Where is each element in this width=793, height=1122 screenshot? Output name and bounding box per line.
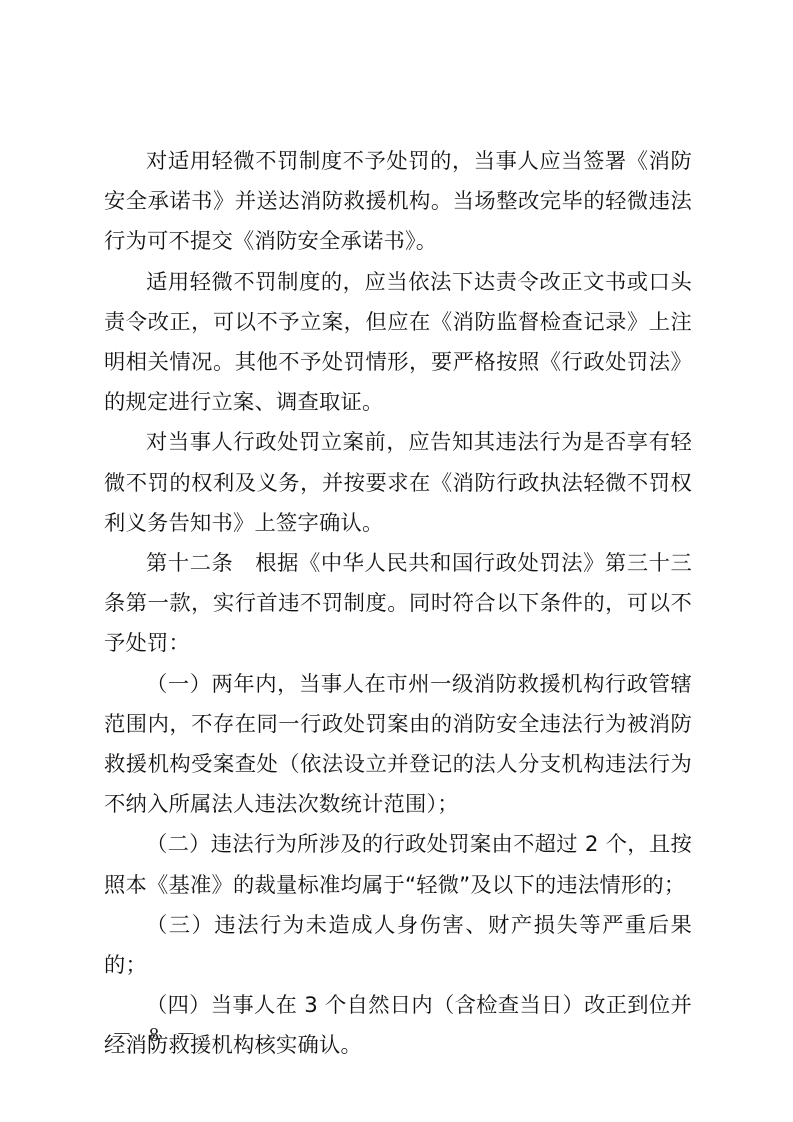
condition-item-1: （一）两年内，当事人在市州一级消防救援机构行政管辖范围内，不存在同一行政处罚案由…	[104, 665, 692, 826]
condition-item-3: （三）违法行为未造成人身伤害、财产损失等严重后果的；	[104, 906, 692, 986]
page-number: － 8 －	[112, 1018, 202, 1047]
paragraph-light-penalty-commitment: 对适用轻微不罚制度不予处罚的，当事人应当签署《消防安全承诺书》并送达消防救援机构…	[104, 142, 692, 263]
paragraph-correction-order: 适用轻微不罚制度的，应当依法下达责令改正文书或口头责令改正，可以不予立案，但应在…	[104, 263, 692, 424]
document-body: 对适用轻微不罚制度不予处罚的，当事人应当签署《消防安全承诺书》并送达消防救援机构…	[104, 142, 692, 1067]
paragraph-notification: 对当事人行政处罚立案前，应告知其违法行为是否享有轻微不罚的权利及义务，并按要求在…	[104, 423, 692, 544]
condition-item-2: （二）违法行为所涉及的行政处罚案由不超过 2 个，且按照本《基准》的裁量标准均属…	[104, 825, 692, 905]
article-twelve: 第十二条 根据《中华人民共和国行政处罚法》第三十三条第一款，实行首违不罚制度。同…	[104, 544, 692, 665]
